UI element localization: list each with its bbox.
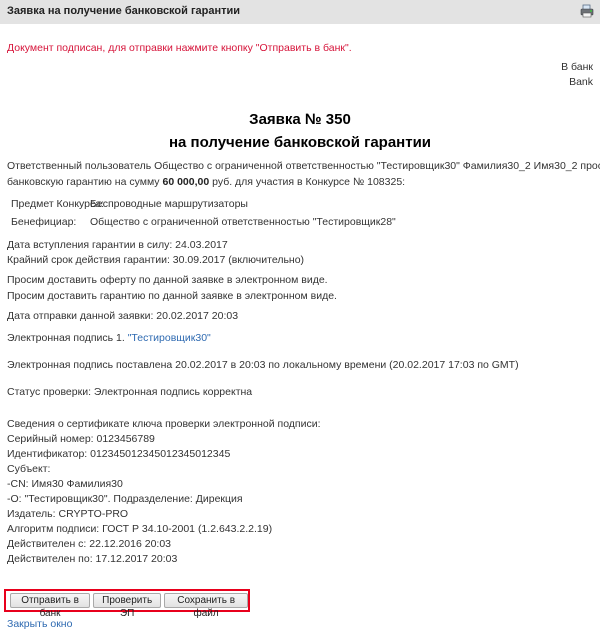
send-to-bank-button[interactable]: Отправить в банк (10, 593, 90, 608)
window-header: Заявка на получение банковской гарантии (0, 0, 600, 24)
cert-identifier: Идентификатор: 012345012345012345012345 (7, 448, 230, 460)
signature-line: Электронная подпись 1. "Тестировщик30" (7, 332, 211, 344)
signature-time: Электронная подпись поставлена 20.02.201… (7, 359, 519, 371)
intro-suffix: руб. для участия в Конкурсе № 108325: (209, 176, 405, 188)
offer-request: Просим доставить оферту по данной заявке… (7, 274, 328, 286)
cert-heading: Сведения о сертификате ключа проверки эл… (7, 418, 321, 430)
cert-issuer: Издатель: CRYPTO-PRO (7, 508, 128, 520)
beneficiary-value: Общество с ограниченной ответственностью… (90, 216, 396, 228)
application-subtitle: на получение банковской гарантии (0, 134, 600, 151)
verify-signature-button[interactable]: Проверить ЭП (93, 593, 161, 608)
guarantee-request: Просим доставить гарантию по данной заяв… (7, 290, 337, 302)
intro-line-2: банковскую гарантию на сумму 60 000,00 р… (7, 176, 405, 188)
signer-link[interactable]: "Тестировщик30" (128, 332, 211, 344)
printer-icon[interactable] (580, 4, 594, 18)
application-number-title: Заявка № 350 (0, 111, 600, 128)
cert-valid-from: Действителен с: 22.12.2016 20:03 (7, 538, 171, 550)
guarantee-start-date: Дата вступления гарантии в силу: 24.03.2… (7, 239, 228, 251)
cert-subject: Субъект: (7, 463, 50, 475)
beneficiary-label: Бенефициар: (11, 216, 76, 228)
cert-org: -O: "Тестировщик30". Подразделение: Дире… (7, 493, 243, 505)
action-buttons-highlight: Отправить в банк Проверить ЭП Сохранить … (4, 589, 250, 612)
send-date: Дата отправки данной заявки: 20.02.2017 … (7, 310, 238, 322)
cert-algorithm: Алгоритм подписи: ГОСТ Р 34.10-2001 (1.2… (7, 523, 272, 535)
signed-notice: Документ подписан, для отправки нажмите … (7, 42, 352, 54)
bank-addressee: В банк Bank (561, 60, 593, 90)
cert-cn: -CN: Имя30 Фамилия30 (7, 478, 123, 490)
save-to-file-button[interactable]: Сохранить в файл (164, 593, 248, 608)
bank-label-en: Bank (561, 75, 593, 90)
bank-label-ru: В банк (561, 60, 593, 75)
intro-line-1: Ответственный пользователь Общество с ог… (7, 160, 600, 172)
intro-prefix: банковскую гарантию на сумму (7, 176, 162, 188)
tender-subject-value: Беспроводные маршрутизаторы (90, 198, 248, 210)
signature-prefix: Электронная подпись 1. (7, 332, 128, 344)
cert-serial: Серийный номер: 0123456789 (7, 433, 155, 445)
cert-valid-to: Действителен по: 17.12.2017 20:03 (7, 553, 177, 565)
window-title: Заявка на получение банковской гарантии (7, 5, 240, 17)
guarantee-end-date: Крайний срок действия гарантии: 30.09.20… (7, 254, 304, 266)
check-status: Статус проверки: Электронная подпись кор… (7, 386, 252, 398)
guarantee-amount: 60 000,00 (162, 176, 209, 188)
close-window-link[interactable]: Закрыть окно (7, 618, 72, 630)
